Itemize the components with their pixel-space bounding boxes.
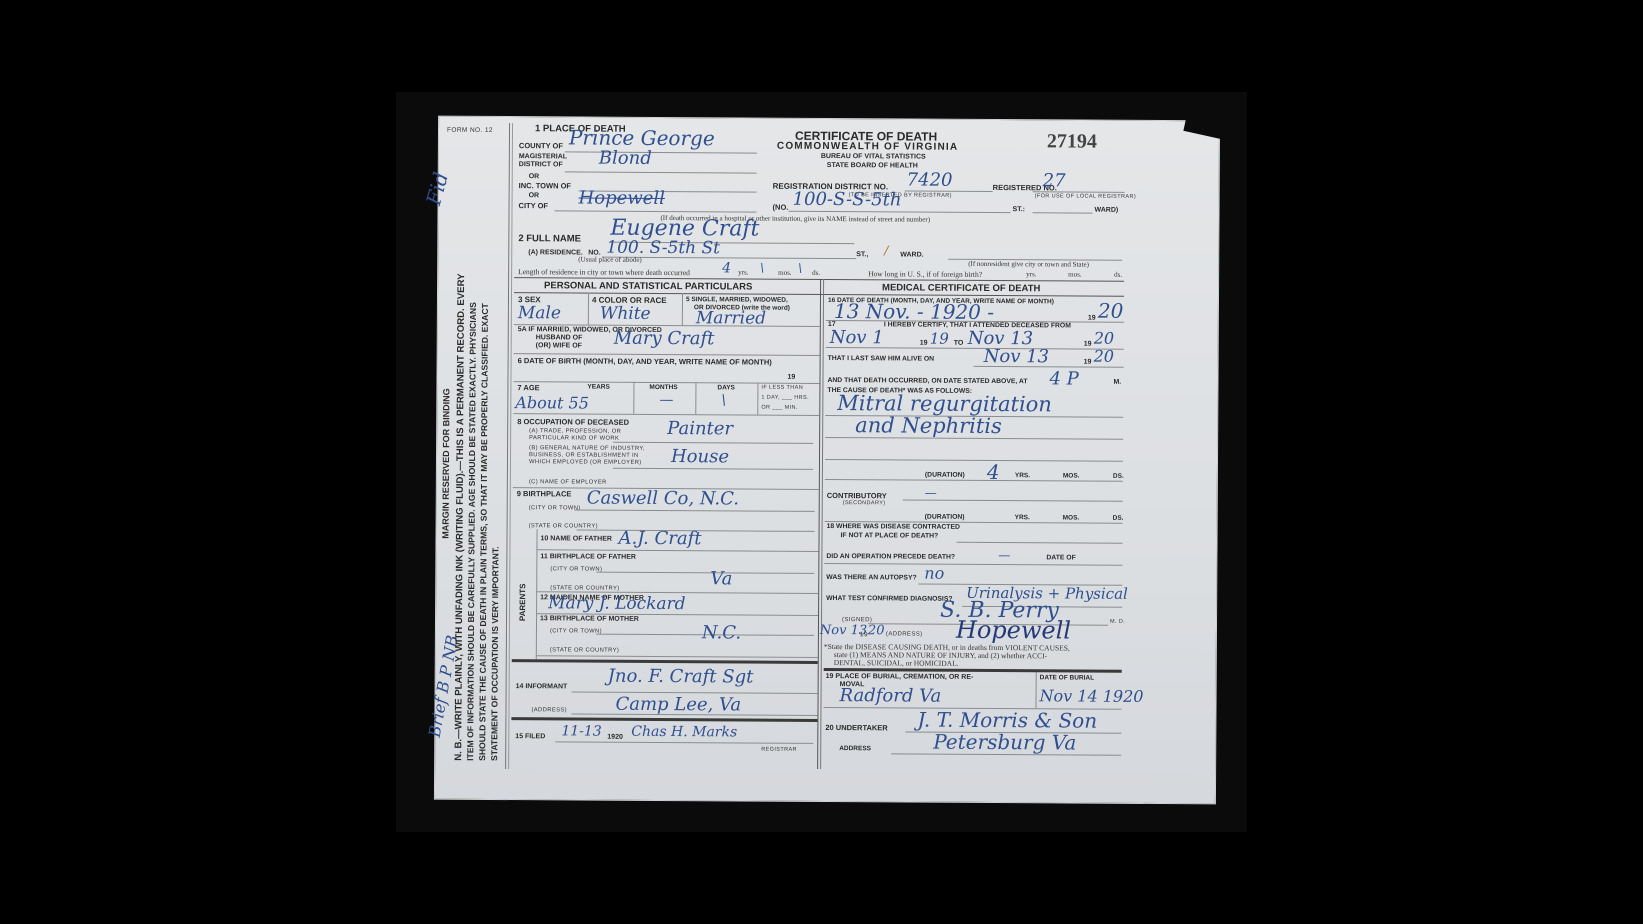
instructions-line-3: SHOULD STATE THE CAUSE OF DEATH IN PLAIN…: [477, 303, 490, 761]
town-label: INC. TOWN OF: [519, 181, 571, 190]
sex-value: Male: [518, 303, 561, 323]
instructions-line-2: ITEM OF INFORMATION SHOULD BE CAREFULLY …: [465, 302, 478, 761]
instructions-line-4: STATEMENT OF OCCUPATION IS VERY IMPORTAN…: [489, 546, 500, 761]
undertaker-address-value: Petersburg Va: [933, 730, 1076, 755]
full-name-label: 2 FULL NAME: [518, 233, 581, 244]
form-number: FORM NO. 12: [447, 127, 493, 134]
mother-name-value: Mary J. Lockard: [548, 593, 686, 614]
personal-section-header: PERSONAL AND STATISTICAL PARTICULARS: [544, 280, 752, 292]
cause-of-death-2: and Nephritis: [855, 413, 1002, 438]
city-label: CITY OF: [519, 201, 549, 210]
city-value: Hopewell: [579, 187, 665, 209]
occupation-value: Painter: [667, 418, 733, 439]
father-name-value: A.J. Craft: [618, 528, 701, 550]
board-label: STATE BOARD OF HEALTH: [827, 162, 918, 170]
industry-value: House: [671, 446, 729, 467]
father-birthplace-value: Va: [710, 568, 732, 589]
district-label-1: MAGISTERIAL: [519, 153, 567, 160]
informant-value: Jno. F. Craft Sgt: [608, 666, 754, 688]
parents-label: PARENTS: [518, 583, 527, 621]
spouse-value: Mary Craft: [614, 328, 715, 350]
dob-label: 6 DATE OF BIRTH (MONTH, DAY, AND YEAR, W…: [518, 356, 772, 367]
district-value: Blond: [599, 148, 652, 169]
autopsy-value: no: [924, 564, 944, 583]
mother-birthplace-value: N.C.: [702, 622, 741, 643]
death-time-value: 4 P: [1049, 368, 1078, 389]
county-value: Prince George: [569, 125, 715, 150]
last-saw-value: Nov 13: [984, 346, 1050, 367]
burial-place-value: Radford Va: [839, 685, 941, 707]
street-no-value: 100-S-S-5th: [793, 189, 902, 211]
length-residence-label: Length of residence in city or town wher…: [518, 267, 690, 277]
street-no-label: (NO.: [773, 203, 789, 212]
registered-no-value: 27: [1043, 170, 1066, 191]
death-certificate: FORM NO. 12 Fid Brief B P NB MARGIN RESE…: [434, 116, 1220, 805]
footnote-3: DENTAL, SUICIDAL, or HOMICIDAL.: [834, 658, 959, 668]
filed-date-value: 11-13: [561, 723, 601, 739]
bureau-label: BUREAU OF VITAL STATISTICS: [821, 153, 926, 161]
race-value: White: [600, 304, 651, 324]
attended-from-value: Nov 1: [830, 327, 884, 348]
informant-address-value: Camp Lee, Va: [615, 694, 741, 716]
age-value: About 55: [515, 393, 589, 412]
burial-date-value: Nov 14 1920: [1040, 686, 1144, 706]
certificate-number: 27194: [1047, 130, 1097, 153]
certificate-subtitle: COMMONWEALTH OF VIRGINIA: [777, 141, 958, 153]
birthplace-value: Caswell Co, N.C.: [587, 488, 739, 510]
registrar-signature: Chas H. Marks: [631, 724, 737, 741]
death-time-label: AND THAT DEATH OCCURRED, ON DATE STATED …: [827, 377, 1027, 385]
margin-reserved-text: MARGIN RESERVED FOR BINDING: [441, 388, 452, 538]
medical-section-header: MEDICAL CERTIFICATE OF DEATH: [882, 282, 1040, 294]
last-saw-label: THAT I LAST SAW HIM ALIVE ON: [828, 355, 935, 363]
physician-address: Hopewell: [956, 616, 1071, 645]
county-label: COUNTY OF: [519, 141, 563, 150]
length-residence-years: 4: [722, 260, 731, 276]
district-label-2: DISTRICT OF: [519, 161, 563, 168]
registration-district-value: 7420: [907, 169, 953, 190]
